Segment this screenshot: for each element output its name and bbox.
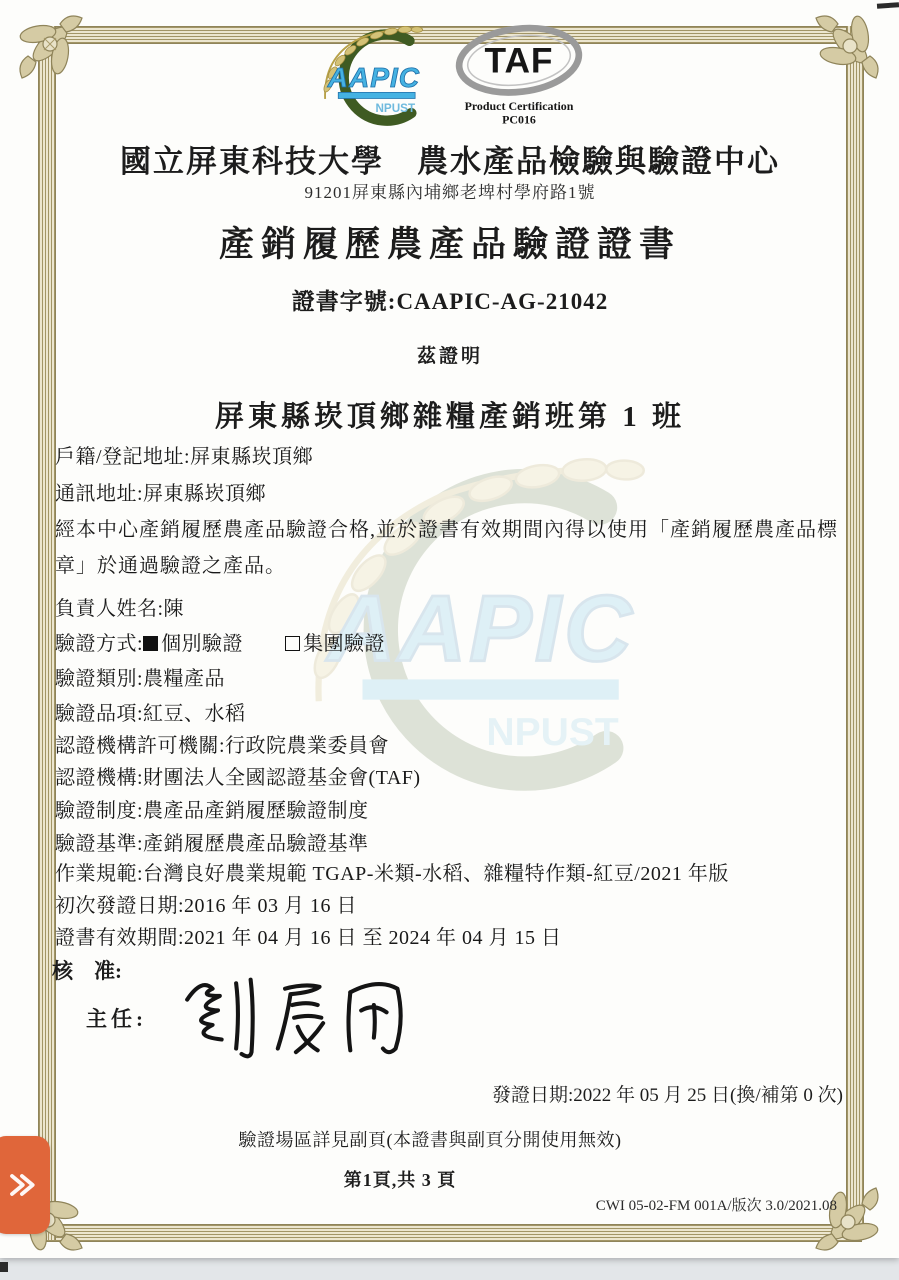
field-method-option2: 集團驗證 xyxy=(303,633,385,655)
page-indicator: 第1頁,共 3 頁 xyxy=(30,1166,770,1192)
field-category: 驗證類別:農糧產品 xyxy=(55,662,225,691)
field-owner: 負責人姓名:陳 xyxy=(55,592,184,621)
frame-left xyxy=(38,26,56,1240)
frame-top xyxy=(38,26,862,44)
checkbox-group-unchecked-icon xyxy=(285,636,300,651)
field-system: 驗證制度:農產品產銷履歷驗證制度 xyxy=(55,794,369,823)
checkbox-individual-checked-icon xyxy=(143,636,158,651)
issue-date-line: 發證日期:2022 年 05 月 25 日(換/補第 0 次) xyxy=(492,1080,843,1107)
caapic-acronym: AAPIC xyxy=(327,62,420,93)
frame-bottom xyxy=(38,1224,862,1242)
field-method: 驗證方式:個別驗證集團驗證 xyxy=(55,627,385,656)
field-standard: 驗證基準:產銷履歷農產品驗證基準 xyxy=(55,827,369,856)
cert-title: 產銷履歷農產品驗證證書 xyxy=(38,217,862,267)
field-method-label: 驗證方式: xyxy=(55,633,143,655)
corner-ornament-bottom-right-icon xyxy=(806,1178,890,1262)
field-validity: 證書有效期間:2021 年 04 月 16 日 至 2024 年 04 月 15… xyxy=(55,921,562,950)
field-accreditation: 認證機構:財團法人全國認證基金會(TAF) xyxy=(55,761,421,790)
taf-acronym: TAF xyxy=(485,42,554,81)
taf-caption-2: PC016 xyxy=(502,112,536,126)
field-items: 驗證品項:紅豆、水稻 xyxy=(55,697,246,726)
holder-name: 屏東縣崁頂鄉雜糧產銷班第 1 班 xyxy=(38,394,862,435)
field-authority: 認證機構許可機關:行政院農業委員會 xyxy=(55,729,389,758)
expand-button[interactable] xyxy=(0,1136,50,1234)
cert-number: 證書字號:CAAPIC-AG-21042 xyxy=(38,283,862,316)
corner-ornament-top-right-icon xyxy=(806,4,890,88)
mailing-address-line: 通訊地址:屏東縣崁頂鄉 xyxy=(55,477,266,506)
signature-handwriting-icon xyxy=(160,965,450,1065)
statement-paragraph: 經本中心產銷履歷農產品驗證合格,並於證書有效期間內得以使用「產銷履歷農產品標章」… xyxy=(55,512,843,584)
certificate-page: AAPIC NPUST TAF Product Certification PC… xyxy=(0,0,899,1258)
field-first-issue: 初次發證日期:2016 年 03 月 16 日 xyxy=(55,889,357,918)
svg-text:NPUST: NPUST xyxy=(486,711,618,754)
subpage-note: 驗證場區詳見副頁(本證書與副頁分開使用無效) xyxy=(30,1126,830,1152)
taf-caption-1: Product Certification xyxy=(465,99,574,113)
registered-address-line: 戶籍/登記地址:屏東縣崁頂鄉 xyxy=(55,440,313,469)
certify-line: 茲證明 xyxy=(38,341,862,368)
field-spec: 作業規範:台灣良好農業規範 TGAP-米類-水稻、雜糧特作類-紅豆/2021 年… xyxy=(55,857,729,886)
director-label: 主任: xyxy=(86,1003,147,1033)
caapic-sub-label: NPUST xyxy=(375,102,416,115)
frame-right xyxy=(846,26,864,1240)
corner-ornament-top-left-icon xyxy=(8,4,92,88)
approve-label: 核 准: xyxy=(52,955,122,985)
photo-artifact-bottom-left xyxy=(0,1262,8,1272)
field-method-option1: 個別驗證 xyxy=(161,633,243,655)
chevron-double-right-icon xyxy=(3,1167,39,1203)
taf-logo-icon: TAF Product Certification PC016 xyxy=(452,24,586,131)
org-title: 國立屏東科技大學 農水產品檢驗與驗證中心 xyxy=(38,136,862,181)
caapic-logo-icon: AAPIC NPUST xyxy=(297,22,447,130)
form-code: CWI 05-02-FM 001A/版次 3.0/2021.08 xyxy=(596,1194,837,1215)
photo-artifact-top-right xyxy=(877,2,899,9)
org-address: 91201屏東縣內埔鄉老埤村學府路1號 xyxy=(38,178,862,203)
